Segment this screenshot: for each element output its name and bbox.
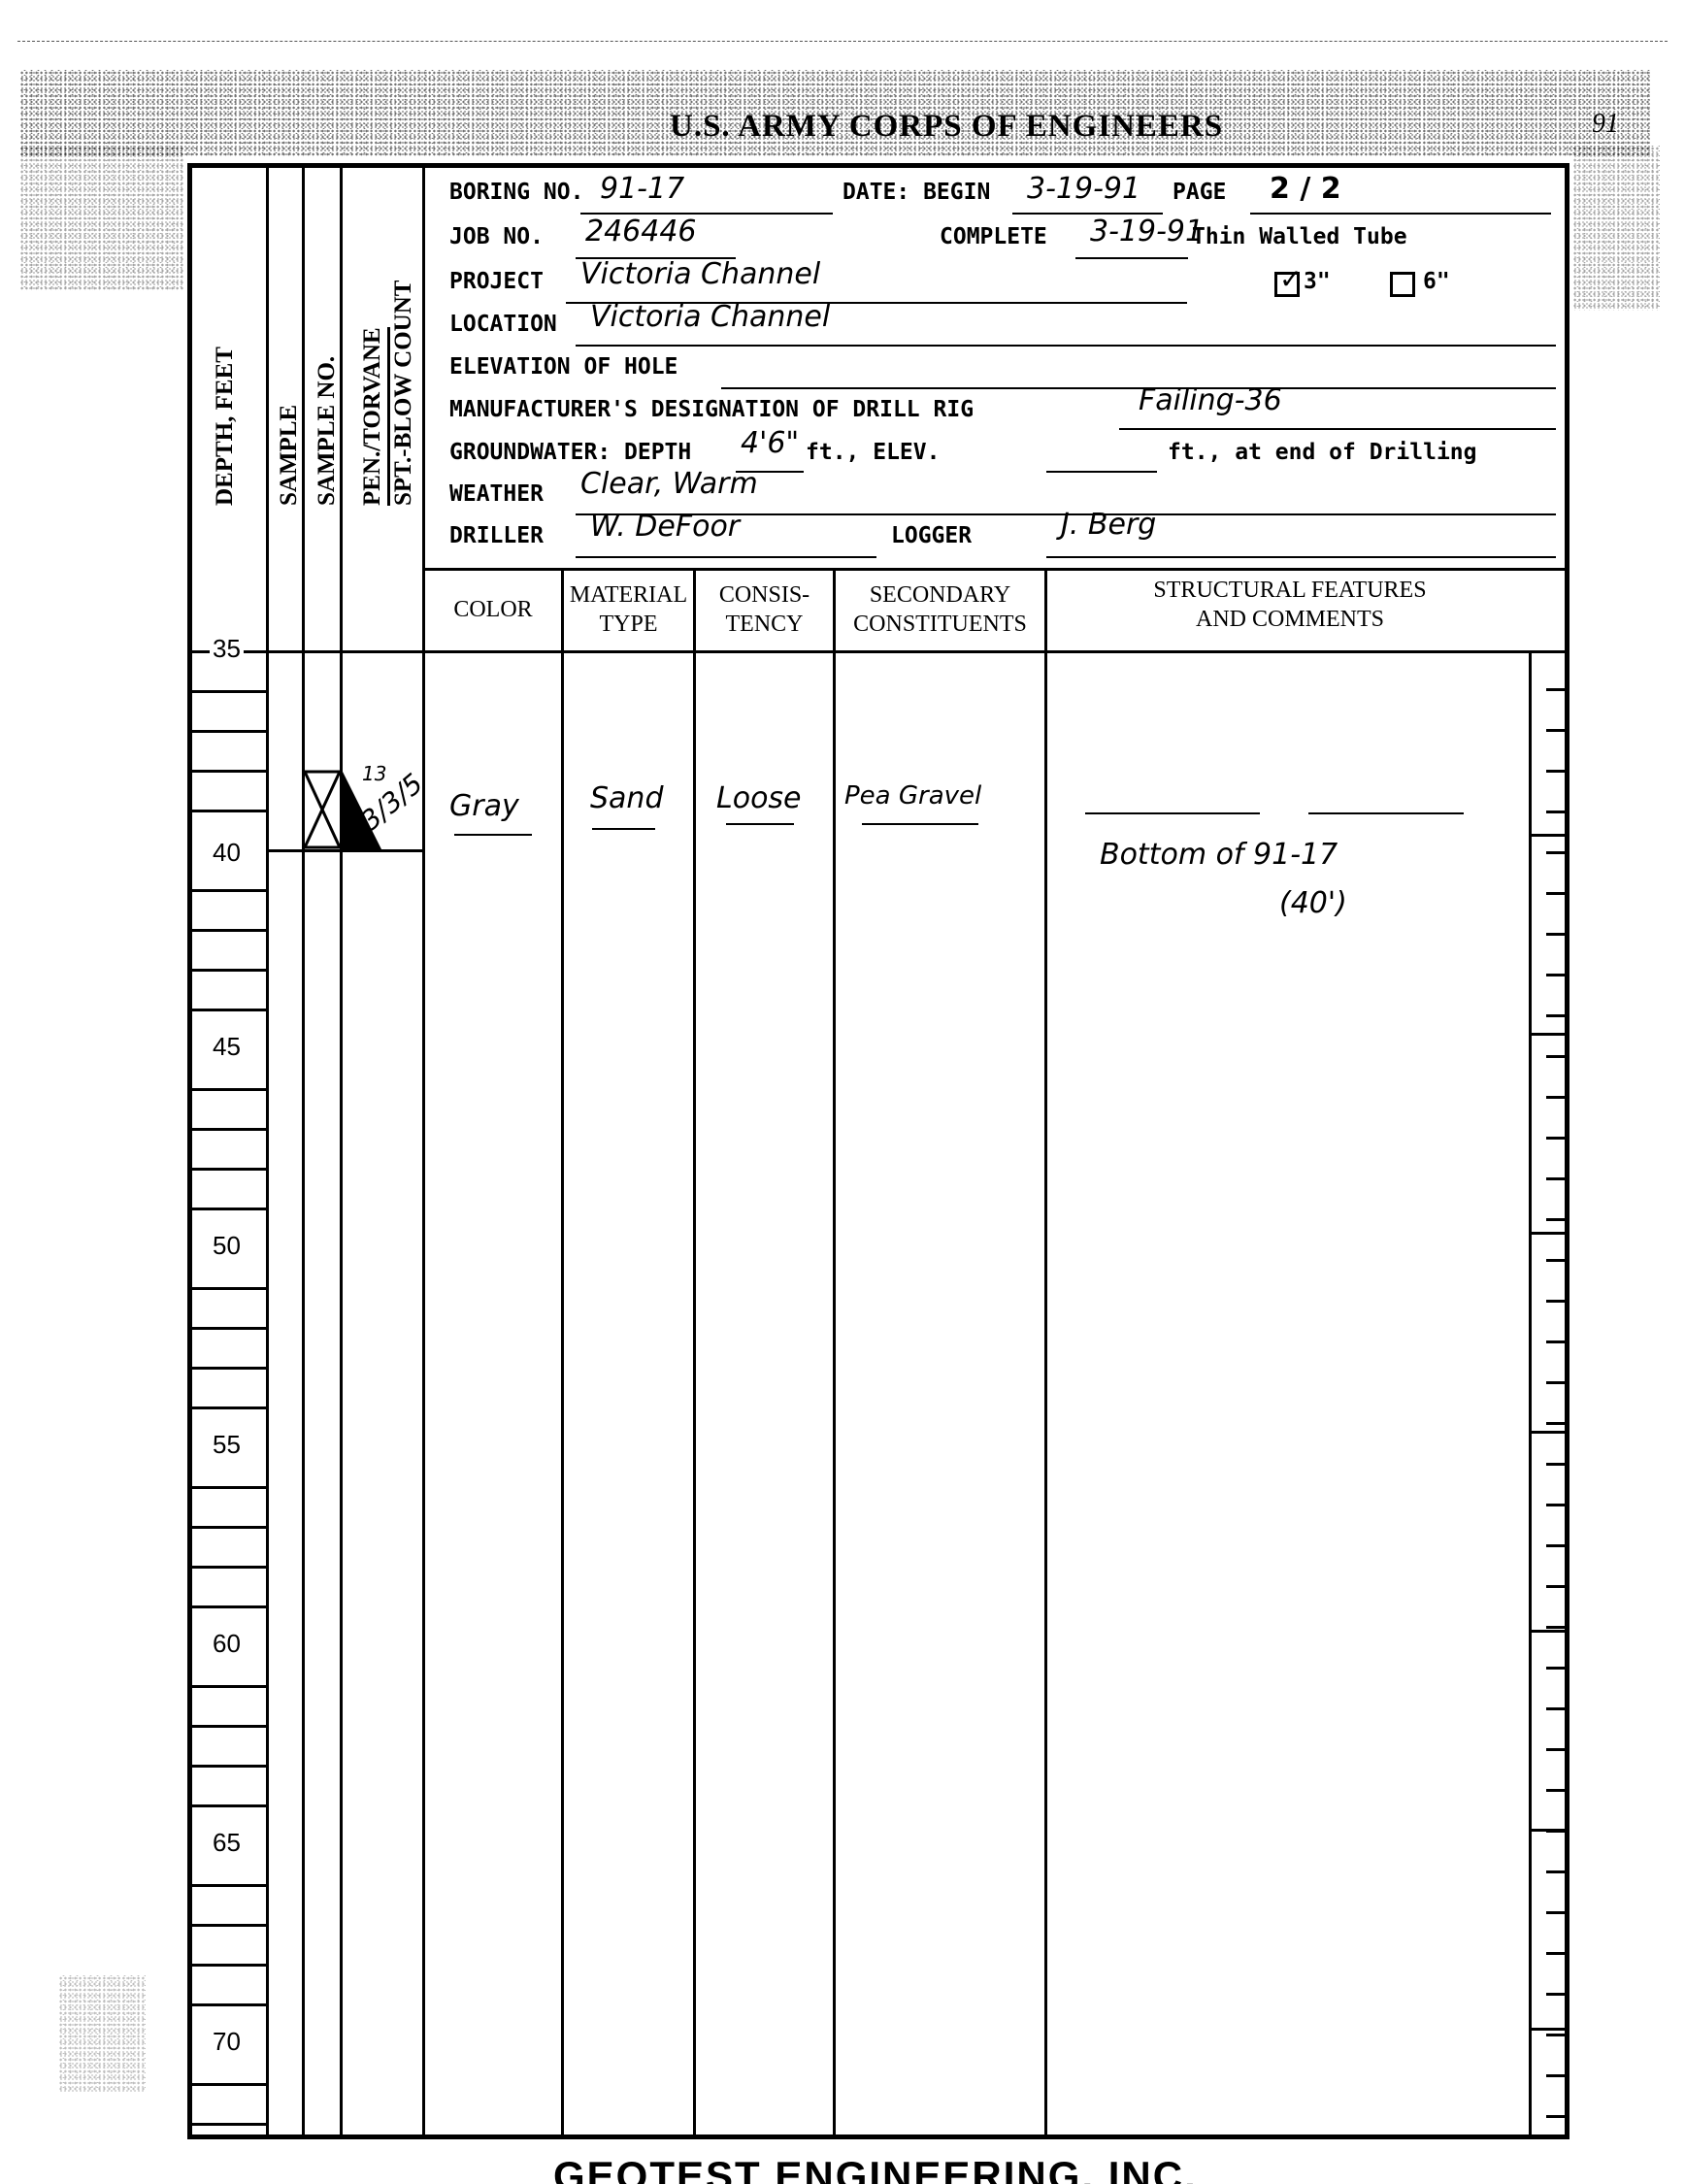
divider-material <box>693 568 696 2134</box>
complete-value: 3-19-91 <box>1090 215 1204 248</box>
job-no-value: 246446 <box>585 215 697 248</box>
groundwater-elev-line <box>1046 471 1157 473</box>
divider-consistency <box>833 568 836 2134</box>
date-begin-label: DATE: BEGIN <box>842 180 990 205</box>
depth-tick-45: 45 <box>210 1032 244 1062</box>
col-header-consistency: CONSIS- TENCY <box>696 580 833 639</box>
table-header-bottom <box>192 650 1569 653</box>
page-mark: 91 <box>1592 109 1619 140</box>
weather-label: WEATHER <box>449 481 544 507</box>
comment-line-left <box>1085 812 1260 814</box>
scan-noise-right <box>1572 146 1660 311</box>
location-line <box>576 345 1556 347</box>
divider-depth <box>266 168 269 2134</box>
comment-bottom-of-boring: Bottom of 91-17 <box>1100 838 1338 872</box>
divider-secondary <box>1044 568 1047 2134</box>
project-value: Victoria Channel <box>580 257 820 291</box>
sample-bottom-line <box>266 849 422 852</box>
divider-blow <box>422 168 425 2134</box>
sample-no-value: 13 <box>362 762 386 785</box>
table-header-top <box>422 568 1569 571</box>
groundwater-suffix: ft., at end of Drilling <box>1168 440 1477 465</box>
logger-label: LOGGER <box>891 523 972 548</box>
project-label: PROJECT <box>449 269 544 294</box>
page-top-rule <box>17 41 1668 42</box>
depth-tick-35: 35 <box>210 634 244 664</box>
location-value: Victoria Channel <box>590 300 830 334</box>
secondary-value: Pea Gravel <box>844 781 981 811</box>
drill-rig-line <box>1119 428 1556 430</box>
depth-tick-60: 60 <box>210 1629 244 1659</box>
groundwater-label: GROUNDWATER: DEPTH <box>449 440 691 465</box>
depth-tick-65: 65 <box>210 1828 244 1858</box>
driller-label: DRILLER <box>449 523 544 548</box>
page-value: 2 / 2 <box>1270 172 1341 206</box>
driller-value: W. DeFoor <box>590 510 740 544</box>
spt-blow-count-label: SPT.-BLOW COUNT <box>390 281 417 506</box>
elevation-label: ELEVATION OF HOLE <box>449 354 677 380</box>
depth-tick-55: 55 <box>210 1430 244 1460</box>
check-icon: ✓ <box>1279 263 1302 295</box>
comment-depth-40: (40') <box>1279 886 1347 920</box>
tube-3in-label: 3" <box>1304 269 1331 294</box>
col-header-material: MATERIAL TYPE <box>564 580 693 639</box>
date-begin-value: 3-19-91 <box>1027 172 1140 206</box>
drill-rig-value: Failing-36 <box>1139 383 1282 417</box>
depth-tick-50: 50 <box>210 1231 244 1261</box>
footer-company: GEOTEST ENGINEERING, INC. <box>553 2153 1198 2184</box>
depth-tick-70: 70 <box>210 2027 244 2057</box>
consistency-value: Loose <box>716 781 802 815</box>
col-header-comments: STRUCTURAL FEATURES AND COMMENTS <box>1047 576 1533 634</box>
complete-line <box>1075 257 1188 259</box>
divider-comments-ticks <box>1529 650 1532 2134</box>
col-header-secondary: SECONDARY CONSTITUENTS <box>836 580 1044 639</box>
scan-noise-bottom-left <box>58 1975 146 2092</box>
material-value: Sand <box>590 781 663 815</box>
driller-line <box>576 556 876 558</box>
color-value: Gray <box>449 789 519 823</box>
document-title: U.S. ARMY CORPS OF ENGINEERS <box>670 109 1223 145</box>
weather-value: Clear, Warm <box>580 467 758 501</box>
sample-no-column-label: SAMPLE NO. <box>314 356 341 506</box>
boring-no-value: 91-17 <box>600 172 684 206</box>
depth-column-label: DEPTH, FEET <box>212 347 239 506</box>
location-label: LOCATION <box>449 312 557 337</box>
col-header-secondary-text: SECONDARY CONSTITUENTS <box>853 582 1027 637</box>
depth-tick-40: 40 <box>210 838 244 868</box>
sample-symbol <box>305 770 340 849</box>
col-header-color: COLOR <box>425 595 561 624</box>
boring-log-form: DEPTH, FEET SAMPLE SAMPLE NO. PEN./TORVA… <box>187 163 1569 2139</box>
divider-color <box>561 568 564 2134</box>
drill-rig-label: MANUFACTURER'S DESIGNATION OF DRILL RIG <box>449 397 974 422</box>
col-header-consistency-text: CONSIS- TENCY <box>719 582 809 637</box>
groundwater-depth-value: 4'6" <box>741 426 799 460</box>
col-header-comments-text: STRUCTURAL FEATURES AND COMMENTS <box>1153 578 1426 632</box>
tube-6in-checkbox[interactable] <box>1390 272 1415 297</box>
tube-3in-checkbox[interactable]: ✓ <box>1274 272 1300 297</box>
tube-6in-label: 6" <box>1423 269 1450 294</box>
logger-value: J. Berg <box>1061 508 1156 542</box>
comment-line-right <box>1308 812 1464 814</box>
col-header-material-text: MATERIAL TYPE <box>570 582 687 637</box>
logger-line <box>1046 556 1556 558</box>
sample-column-label: SAMPLE <box>276 405 303 506</box>
groundwater-elev-label: ft., ELEV. <box>806 440 940 465</box>
complete-label: COMPLETE <box>940 224 1047 249</box>
scan-noise-left <box>19 146 184 291</box>
thin-walled-tube-label: Thin Walled Tube <box>1192 224 1407 249</box>
boring-no-label: BORING NO. <box>449 180 583 205</box>
page-line <box>1250 213 1551 215</box>
pen-torvane-label: PEN./TORVANE <box>359 327 390 506</box>
job-no-label: JOB NO. <box>449 224 544 249</box>
page-label: PAGE <box>1173 180 1226 205</box>
